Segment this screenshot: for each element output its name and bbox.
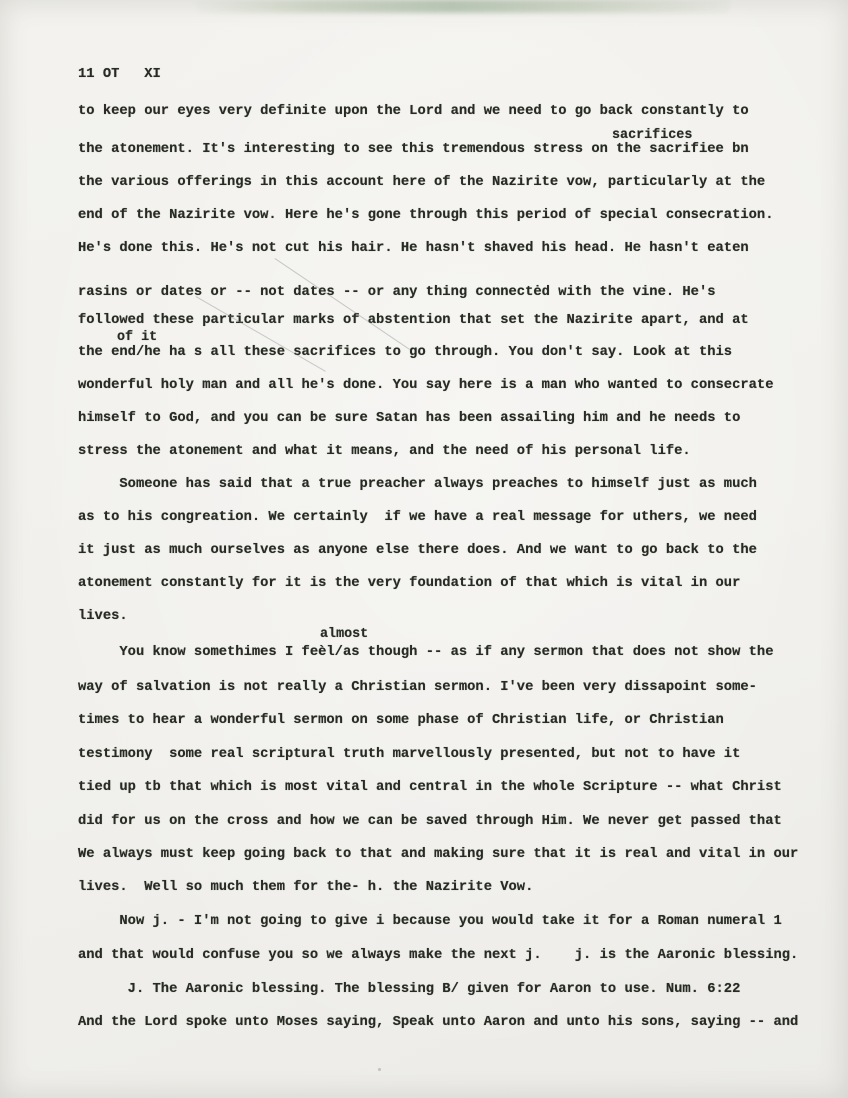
typed-line: himself to God, and you can be sure Sata… <box>78 410 740 427</box>
pencil-stroke <box>274 258 410 350</box>
typed-line: J. The Aaronic blessing. The blessing B/… <box>78 981 740 998</box>
typed-line: it just as much ourselves as anyone else… <box>78 542 757 559</box>
typed-line: tied up tb that which is most vital and … <box>78 779 782 796</box>
typed-line: He's done this. He's not cut his hair. H… <box>78 240 749 257</box>
typed-line: atonement constantly for it is the very … <box>78 575 740 592</box>
typed-line: We always must keep going back to that a… <box>78 846 798 863</box>
typed-line: and that would confuse you so we always … <box>78 947 798 964</box>
typed-line: lives. Well so much them for the- h. the… <box>78 879 533 896</box>
typed-line: end of the Nazirite vow. Here he's gone … <box>78 207 773 224</box>
typed-line: Now j. - I'm not going to give i because… <box>78 913 782 930</box>
typed-line: did for us on the cross and how we can b… <box>78 813 782 830</box>
typed-line: as to his congreation. We certainly if w… <box>78 509 757 526</box>
typed-line: way of salvation is not really a Christi… <box>78 679 757 696</box>
typed-line: times to hear a wonderful sermon on some… <box>78 712 724 729</box>
interlinear-insertion: almost <box>320 626 368 643</box>
typed-line: And the Lord spoke unto Moses saying, Sp… <box>78 1014 798 1031</box>
scan-smudge-artifact <box>195 0 730 13</box>
typed-line: lives. <box>78 608 128 625</box>
document-page: 11 OT XI to keep our eyes very definite … <box>0 0 848 1098</box>
typed-line: Someone has said that a true preacher al… <box>78 476 757 493</box>
typed-line: wonderful holy man and all he's done. Yo… <box>78 377 773 394</box>
typed-line: testimony some real scriptural truth mar… <box>78 746 740 763</box>
typed-line: followed these particular marks of abste… <box>78 312 749 329</box>
page-header: 11 OT XI <box>78 66 161 83</box>
paper-speck <box>378 1068 381 1071</box>
typed-line: stress the atonement and what it means, … <box>78 443 691 460</box>
typed-line: the various offerings in this account he… <box>78 174 765 191</box>
typed-line: You know somethimes I feèl/as though -- … <box>78 644 773 661</box>
typed-line: to keep our eyes very definite upon the … <box>78 103 749 120</box>
typed-line: rasins or dates or -- not dates -- or an… <box>78 284 716 301</box>
typed-line: the atonement. It's interesting to see t… <box>78 141 749 158</box>
